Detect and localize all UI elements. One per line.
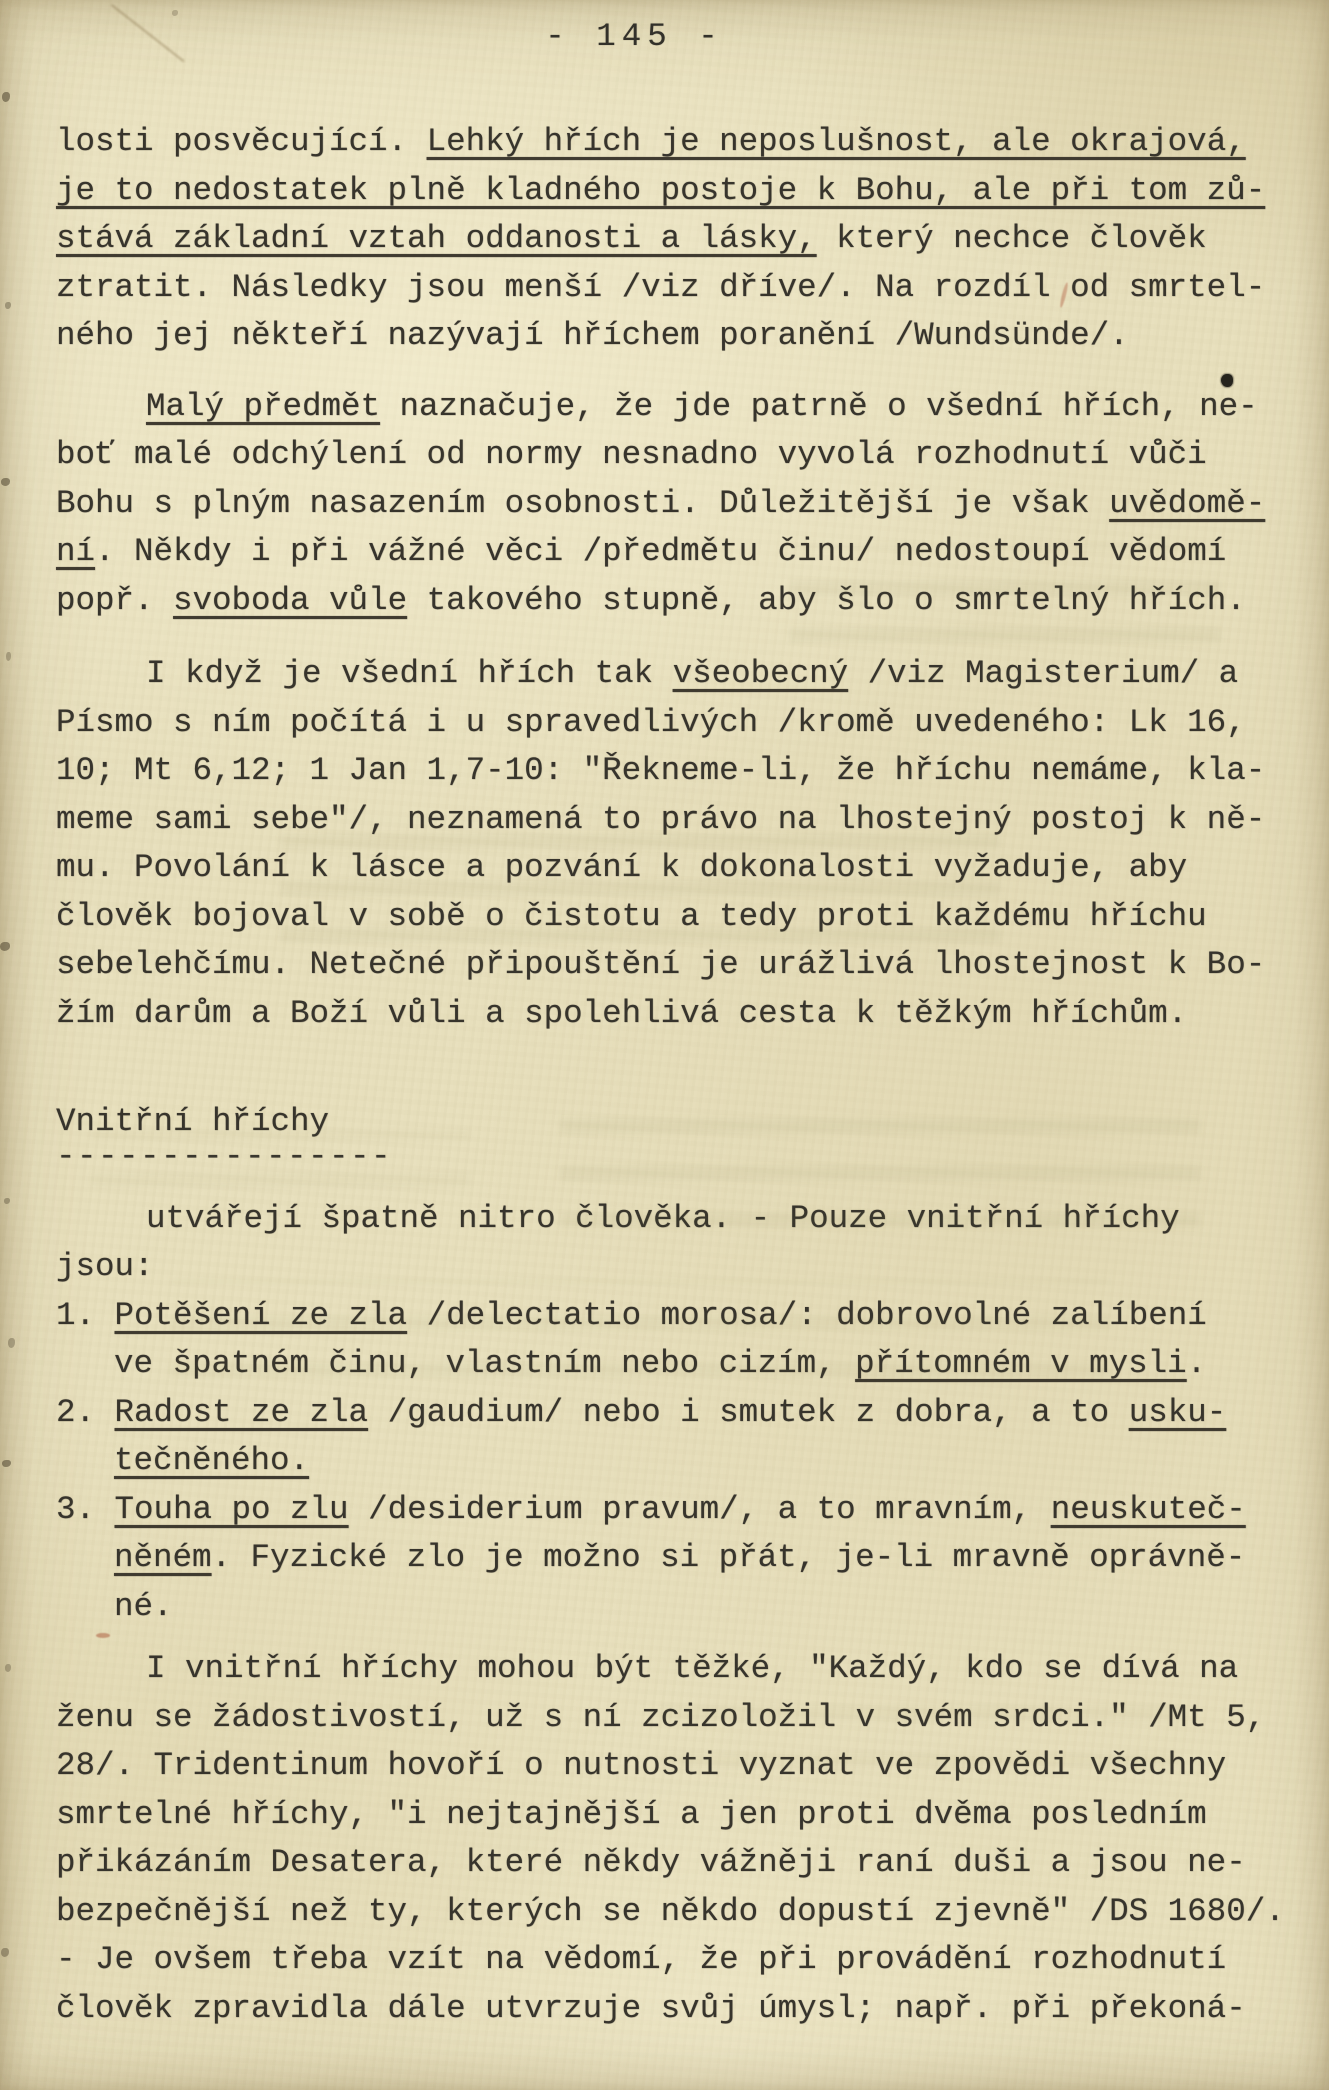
underlined-text: něném (114, 1539, 212, 1576)
text-line: ní. Někdy i při vážné věci /předmětu čin… (56, 528, 1295, 577)
text-segment: mu. Povolání k lásce a pozvání k dokonal… (56, 849, 1187, 886)
text-line: 3. Touha po zlu /desiderium pravum/, a t… (56, 1486, 1295, 1535)
text-line: smrtelné hříchy, "i nejtajnější a jen pr… (56, 1791, 1295, 1840)
para-utvareji: utvářejí špatně nitro člověka. - Pouze v… (56, 1195, 1295, 1292)
text-line: 2. Radost ze zla /gaudium/ nebo i smutek… (56, 1389, 1295, 1438)
underlined-text: Touha po zlu (115, 1491, 349, 1528)
list-vnitrni-hrichy: 1. Potěšení ze zla /delectatio morosa/: … (56, 1292, 1295, 1632)
underlined-text: Lehký hřích je neposlušnost, ale okrajov… (427, 123, 1246, 160)
text-segment: . Fyzické zlo je možno si přát, je-li mr… (212, 1539, 1246, 1576)
edge-speck (2, 92, 10, 102)
text-line: boť malé odchýlení od normy nesnadno vyv… (56, 431, 1295, 480)
text-segment: smrtelné hříchy, "i nejtajnější a jen pr… (56, 1796, 1207, 1833)
para-vseobecny: I když je všední hřích tak všeobecný /vi… (56, 650, 1295, 1038)
text-line: člověk zpravidla dále utvrzuje svůj úmys… (56, 1985, 1295, 2034)
text-line: něném. Fyzické zlo je možno si přát, je-… (56, 1534, 1295, 1583)
underlined-text: usku- (1129, 1394, 1227, 1431)
underlined-text: Radost ze zla (115, 1394, 369, 1431)
document-page: - 145 - losti posvěcující. Lehký hřích j… (0, 0, 1329, 2090)
text-line: je to nedostatek plně kladného postoje k… (56, 167, 1295, 216)
text-line: bezpečnější než ty, kterých se někdo dop… (56, 1888, 1295, 1937)
para-maly-predmet: Malý předmět naznačuje, že jde patrně o … (56, 383, 1295, 626)
text-segment: přikázáním Desatera, které někdy vážněji… (56, 1844, 1246, 1881)
text-segment: I když je všední hřích tak (146, 655, 673, 692)
text-segment: Písmo s ním počítá i u spravedlivých /kr… (56, 704, 1246, 741)
text-segment: boť malé odchýlení od normy nesnadno vyv… (56, 436, 1207, 473)
underlined-text: stává základní vztah oddanosti a lásky, (56, 220, 817, 257)
underlined-text: svoboda vůle (173, 582, 407, 619)
text-line: ztratit. Následky jsou menší /viz dříve/… (56, 264, 1295, 313)
underlined-text: tečněného. (114, 1442, 309, 1479)
underlined-text: neuskuteč- (1051, 1491, 1246, 1528)
underlined-text: uvědomě- (1109, 485, 1265, 522)
text-line: stává základní vztah oddanosti a lásky, … (56, 215, 1295, 264)
text-segment: Bohu s plným nasazením osobnosti. Důleži… (56, 485, 1109, 522)
underlined-text: je to nedostatek plně kladného postoje k… (56, 172, 1265, 209)
underlined-text: Malý předmět (146, 388, 380, 425)
text-line: I když je všední hřích tak všeobecný /vi… (56, 650, 1295, 699)
underlined-text: ní (56, 533, 95, 570)
text-segment: takového stupně, aby šlo o smrtelný hříc… (407, 582, 1246, 619)
text-line: přikázáním Desatera, které někdy vážněji… (56, 1839, 1295, 1888)
text-line: losti posvěcující. Lehký hřích je neposl… (56, 118, 1295, 167)
text-segment: utvářejí špatně nitro člověka. - Pouze v… (146, 1200, 1180, 1237)
text-line: popř. svoboda vůle takového stupně, aby … (56, 577, 1295, 626)
text-segment: 1. (56, 1297, 115, 1334)
text-segment: ztratit. Následky jsou menší /viz dříve/… (56, 269, 1265, 306)
text-segment: ve špatném činu, vlastním nebo cizím, (114, 1345, 855, 1382)
heading-vnitrni-hrichy: Vnitřní hříchy---------------- (56, 1098, 1295, 1165)
text-segment: ženu se žádostivostí, už s ní zcizoložil… (56, 1699, 1265, 1736)
text-line: ve špatném činu, vlastním nebo cizím, př… (56, 1340, 1295, 1389)
text-segment: ného jej někteří nazývají hříchem poraně… (56, 317, 1129, 354)
text-segment: I vnitřní hříchy mohou být těžké, "Každý… (146, 1650, 1238, 1687)
text-line: jsou: (56, 1243, 1295, 1292)
text-line: žím darům a Boží vůli a spolehlivá cesta… (56, 990, 1295, 1039)
text-line: utvářejí špatně nitro člověka. - Pouze v… (56, 1195, 1295, 1244)
text-segment: žím darům a Boží vůli a spolehlivá cesta… (56, 995, 1187, 1032)
text-line: 10; Mt 6,12; 1 Jan 1,7-10: "Řekneme-li, … (56, 747, 1295, 796)
text-segment: bezpečnější než ty, kterých se někdo dop… (56, 1893, 1285, 1930)
text-line: člověk bojoval v sobě o čistotu a tedy p… (56, 893, 1295, 942)
text-line: ženu se žádostivostí, už s ní zcizoložil… (56, 1694, 1295, 1743)
text-segment: sebelehčímu. Netečné připouštění je uráž… (56, 946, 1265, 983)
text-segment: 2. (56, 1394, 115, 1431)
text-segment: /gaudium/ nebo i smutek z dobra, a to (368, 1394, 1129, 1431)
text-line: meme sami sebe"/, neznamená to právo na … (56, 796, 1295, 845)
underlined-text: přítomném v mysli (855, 1345, 1187, 1382)
text-line: mu. Povolání k lásce a pozvání k dokonal… (56, 844, 1295, 893)
text-line: Bohu s plným nasazením osobnosti. Důleži… (56, 480, 1295, 529)
text-line: tečněného. (56, 1437, 1295, 1486)
heading-dash-underline: ---------------- (56, 1149, 1295, 1165)
text-line: sebelehčímu. Netečné připouštění je uráž… (56, 941, 1295, 990)
text-segment: - Je ovšem třeba vzít na vědomí, že při … (56, 1941, 1226, 1978)
document-content: losti posvěcující. Lehký hřích je neposl… (0, 118, 1329, 2033)
text-segment: jsou: (56, 1248, 154, 1285)
text-segment: 3. (56, 1491, 115, 1528)
text-segment: naznačuje, že jde patrně o všední hřích,… (380, 388, 1258, 425)
text-segment: člověk zpravidla dále utvrzuje svůj úmys… (56, 1990, 1246, 2027)
text-segment: popř. (56, 582, 173, 619)
text-line: I vnitřní hříchy mohou být těžké, "Každý… (56, 1645, 1295, 1694)
text-line: ného jej někteří nazývají hříchem poraně… (56, 312, 1295, 361)
para-vnitrni-tezke: I vnitřní hříchy mohou být těžké, "Každý… (56, 1645, 1295, 2033)
text-segment: /delectatio morosa/: dobrovolné zalíbení (407, 1297, 1207, 1334)
text-segment: . (1187, 1345, 1207, 1382)
underlined-text: Potěšení ze zla (115, 1297, 408, 1334)
text-segment: né. (114, 1588, 173, 1625)
text-segment: /desiderium pravum/, a to mravním, (349, 1491, 1051, 1528)
text-segment: losti posvěcující. (56, 123, 427, 160)
text-line: 28/. Tridentinum hovoří o nutnosti vyzna… (56, 1742, 1295, 1791)
text-line: Malý předmět naznačuje, že jde patrně o … (56, 383, 1295, 432)
text-line: - Je ovšem třeba vzít na vědomí, že při … (56, 1936, 1295, 1985)
para-lehky-hrich: losti posvěcující. Lehký hřích je neposl… (56, 118, 1295, 361)
text-line: né. (56, 1583, 1295, 1632)
text-line: 1. Potěšení ze zla /delectatio morosa/: … (56, 1292, 1295, 1341)
underlined-text: všeobecný (673, 655, 849, 692)
page-number: - 145 - (0, 0, 1299, 68)
text-segment: meme sami sebe"/, neznamená to právo na … (56, 801, 1265, 838)
text-segment: . Někdy i při vážné věci /předmětu činu/… (95, 533, 1226, 570)
text-segment: /viz Magisterium/ a (848, 655, 1238, 692)
text-segment: který nechce člověk (817, 220, 1207, 257)
text-line: Písmo s ním počítá i u spravedlivých /kr… (56, 699, 1295, 748)
text-segment: člověk bojoval v sobě o čistotu a tedy p… (56, 898, 1207, 935)
text-segment: 10; Mt 6,12; 1 Jan 1,7-10: "Řekneme-li, … (56, 752, 1265, 789)
text-segment: 28/. Tridentinum hovoří o nutnosti vyzna… (56, 1747, 1226, 1784)
